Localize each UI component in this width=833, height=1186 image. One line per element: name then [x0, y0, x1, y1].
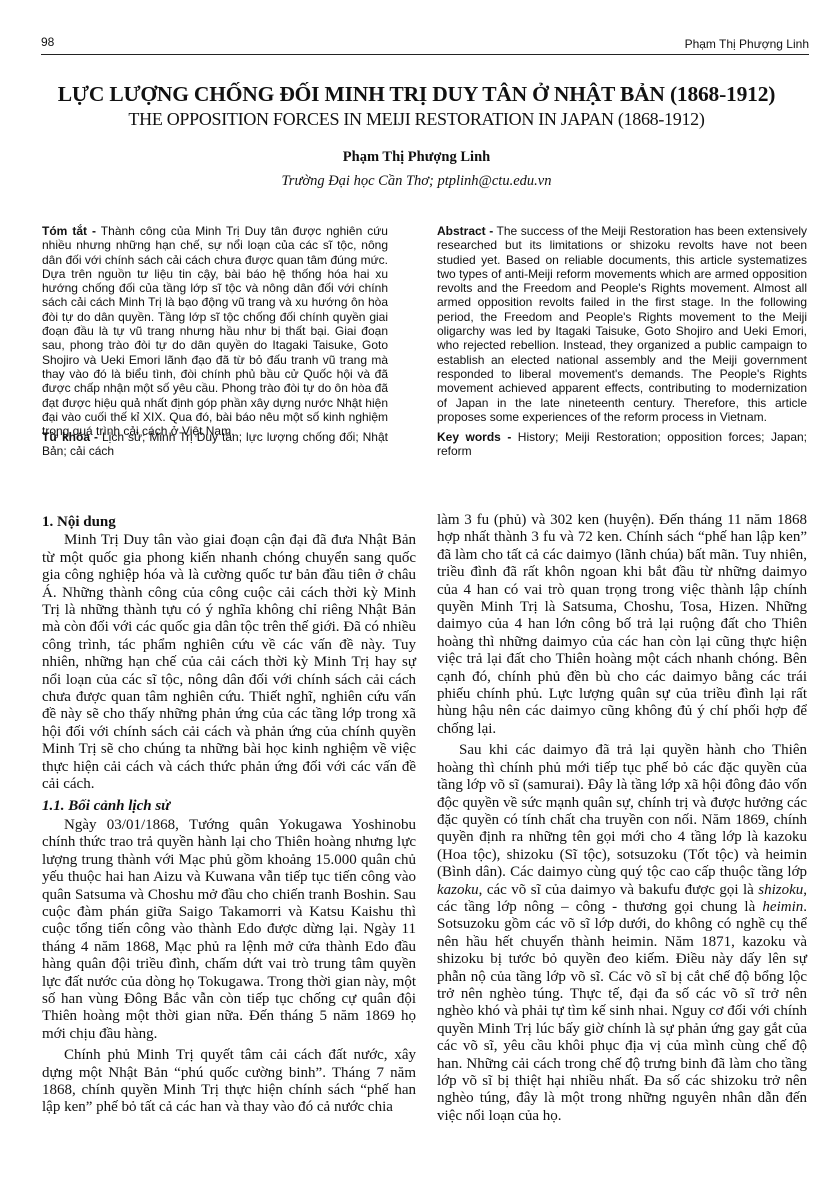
keywords-en-label: Key words -	[437, 430, 511, 444]
abstract-vn-text: Thành công của Minh Trị Duy tân được ngh…	[42, 224, 388, 438]
body-column-right: làm 3 fu (phủ) và 302 ken (huyện). Đến t…	[437, 512, 807, 1129]
paragraph: Minh Trị Duy tân vào giai đoạn cận đại đ…	[42, 532, 416, 793]
paragraph: Sau khi các daimyo đã trả lại quyền hành…	[437, 742, 807, 1125]
subsection-heading: 1.1. Bối cảnh lịch sử	[42, 798, 416, 815]
abstract-en-label: Abstract -	[437, 224, 493, 238]
paragraph-continued: làm 3 fu (phủ) và 302 ken (huyện). Đến t…	[437, 512, 807, 738]
paragraph-text: . Sotsuzoku gồm các võ sĩ lớp dưới, do k…	[437, 899, 807, 1124]
term-kazoku: kazoku	[437, 882, 479, 898]
title-english: THE OPPOSITION FORCES IN MEIJI RESTORATI…	[0, 109, 833, 130]
paragraph-text: , các võ sĩ của daimyo và bakufu được gọ…	[479, 882, 759, 898]
author-affiliation: Trường Đại học Cần Thơ; ptplinh@ctu.edu.…	[0, 173, 833, 190]
body-column-left: 1. Nội dung Minh Trị Duy tân vào giai đo…	[42, 514, 416, 1121]
paper-page: 98 Phạm Thị Phượng Linh LỰC LƯỢNG CHỐNG …	[0, 0, 833, 1186]
term-heimin: heimin	[762, 899, 803, 915]
section-heading: 1. Nội dung	[42, 514, 416, 531]
page-number: 98	[41, 35, 54, 49]
paragraph: Chính phủ Minh Trị quyết tâm cải cách đấ…	[42, 1047, 416, 1117]
author-name: Phạm Thị Phượng Linh	[0, 149, 833, 166]
abstract-english: Abstract - The success of the Meiji Rest…	[437, 224, 807, 424]
paragraph-text: Sau khi các daimyo đã trả lại quyền hành…	[437, 742, 807, 880]
running-author: Phạm Thị Phượng Linh	[685, 37, 809, 51]
abstract-vietnamese: Tóm tắt - Thành công của Minh Trị Duy tâ…	[42, 224, 388, 438]
keywords-vietnamese: Từ khóa - Lịch sử; Minh Trị Duy tân; lực…	[42, 430, 388, 459]
title-vietnamese: LỰC LƯỢNG CHỐNG ĐỐI MINH TRỊ DUY TÂN Ở N…	[0, 82, 833, 107]
paragraph: Ngày 03/01/1868, Tướng quân Yokugawa Yos…	[42, 817, 416, 1043]
running-header: 98 Phạm Thị Phượng Linh	[41, 34, 809, 55]
abstract-en-text: The success of the Meiji Restoration has…	[437, 224, 807, 424]
keywords-vn-label: Từ khóa -	[42, 430, 98, 444]
keywords-english: Key words - History; Meiji Restoration; …	[437, 430, 807, 459]
term-shizoku: shizoku	[758, 882, 803, 898]
abstract-vn-label: Tóm tắt -	[42, 224, 96, 238]
